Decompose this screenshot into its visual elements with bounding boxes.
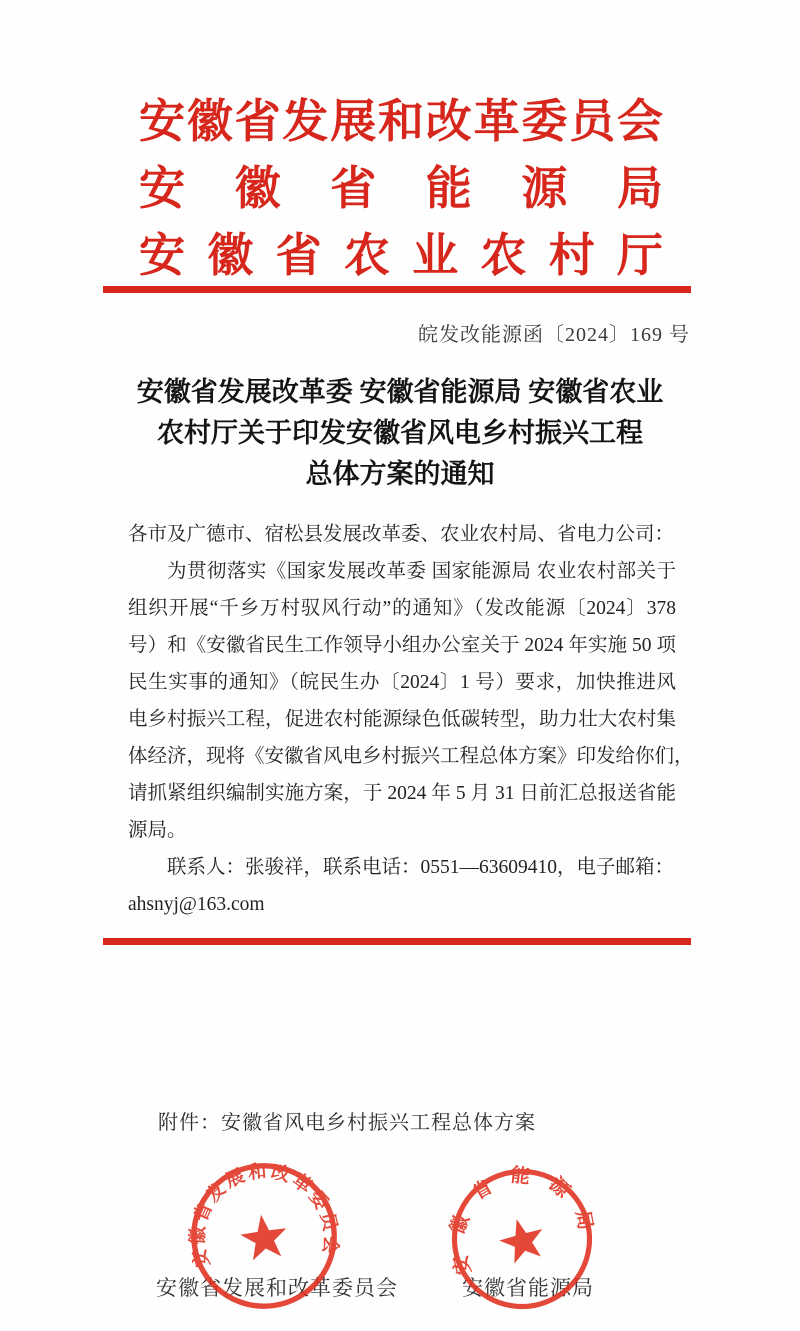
document-title: 安徽省发展改革委 安徽省能源局 安徽省农业 农村厅关于印发安徽省风电乡村振兴工程… [100, 372, 700, 495]
seal-star-icon [238, 1212, 290, 1262]
letterhead-line-2: 安徽省能源局 [139, 155, 663, 222]
letterhead-line-1: 安徽省发展和改革委员会 [139, 88, 663, 155]
title-line-2: 农村厅关于印发安徽省风电乡村振兴工程 [100, 413, 700, 454]
seal-graphic: 安徽省发展和改革委员会 [176, 1148, 352, 1324]
paragraph-line: 体经济，现将《安徽省风电乡村振兴工程总体方案》印发给你们， [128, 738, 676, 775]
contact-line: 联系人：张骏祥，联系电话：0551—63609410，电子邮箱： [128, 849, 676, 886]
contact-email-line: ahsnyj@163.com [128, 886, 676, 923]
paragraph-line: 组织开展“千乡万村驭风行动”的通知》（发改能源〔2024〕378 [128, 590, 676, 627]
title-line-1: 安徽省发展改革委 安徽省能源局 安徽省农业 [100, 372, 700, 413]
paragraph-line: 民生实事的通知》（皖民生办〔2024〕1 号）要求，加快推进风 [128, 664, 676, 701]
seal-ring-text: 安徽省能源局 [430, 1147, 602, 1284]
letterhead: 安徽省发展和改革委员会 安徽省能源局 安徽省农业农村厅 [139, 88, 663, 289]
paragraph-line: 为贯彻落实《国家发展改革委 国家能源局 农业农村部关于 [128, 553, 676, 590]
title-line-3: 总体方案的通知 [100, 454, 700, 495]
paragraph-line: 请抓紧组织编制实施方案，于 2024 年 5 月 31 日前汇总报送省能 [128, 775, 676, 812]
attachment-line: 附件：安徽省风电乡村振兴工程总体方案 [158, 1106, 536, 1135]
salutation-line: 各市及广德市、宿松县发展改革委、农业农村局、省电力公司： [128, 516, 676, 553]
footer-divider-rule [103, 938, 691, 945]
document-body: 各市及广德市、宿松县发展改革委、农业农村局、省电力公司： 为贯彻落实《国家发展改… [128, 516, 676, 923]
official-seal-development-reform: 安徽省发展和改革委员会 [176, 1148, 352, 1324]
seal-graphic: 安徽省能源局 [430, 1147, 614, 1331]
official-seal-energy-bureau: 安徽省能源局 [430, 1147, 614, 1331]
letterhead-divider-rule [103, 286, 691, 293]
letterhead-line-3: 安徽省农业农村厅 [139, 222, 663, 289]
document-page: 安徽省发展和改革委员会 安徽省能源局 安徽省农业农村厅 皖发改能源函〔2024〕… [0, 0, 800, 1331]
document-number: 皖发改能源函〔2024〕169 号 [418, 318, 690, 347]
paragraph-line: 源局。 [128, 812, 676, 849]
seal-star-icon [495, 1213, 549, 1265]
seal-ring-text: 安徽省发展和改革委员会 [176, 1151, 345, 1279]
paragraph-line: 电乡村振兴工程，促进农村能源绿色低碳转型，助力壮大农村集 [128, 701, 676, 738]
paragraph-line: 号）和《安徽省民生工作领导小组办公室关于 2024 年实施 50 项 [128, 627, 676, 664]
